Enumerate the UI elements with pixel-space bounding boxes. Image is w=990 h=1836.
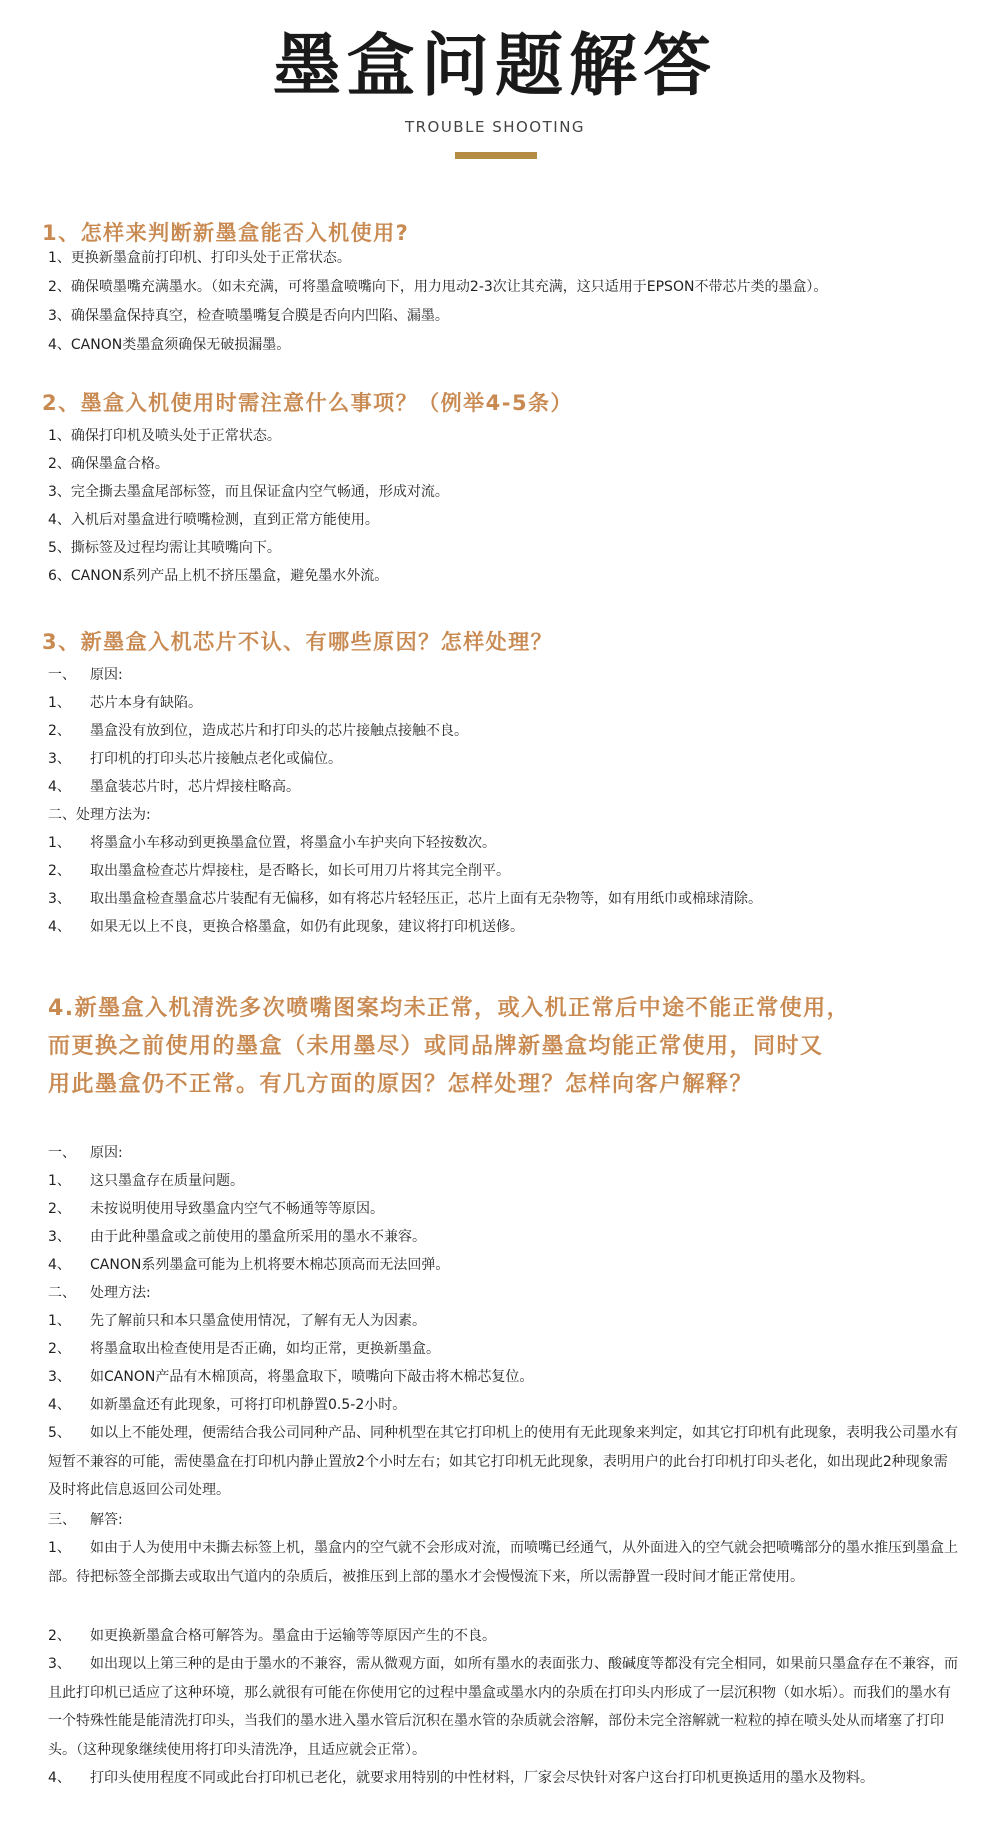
- section-4-item: 4、CANON系列墨盒可能为上机将要木棉芯顶高而无法回弹。: [48, 1255, 449, 1275]
- item-text: 先了解前只和本只墨盒使用情况，了解有无人为因素。: [90, 1313, 426, 1329]
- item-text: 二、处理方法为:: [48, 807, 151, 823]
- item-text: 处理方法:: [90, 1285, 151, 1301]
- section-4-heading: 4.新墨盒入机清洗多次喷嘴图案均未正常，或入机正常后中途不能正常使用， 而更换之…: [48, 990, 948, 1104]
- item-number: 2、: [48, 1199, 90, 1219]
- heading-line: 用此墨盒仍不正常。有几方面的原因？怎样处理？怎样向客户解释？: [48, 1066, 948, 1104]
- item-text: 如出现以上第三种的是由于墨水的不兼容，需从微观方面，如所有墨水的表面张力、酸碱度…: [48, 1656, 958, 1758]
- item-number: 3、: [48, 1367, 90, 1387]
- item-number: 4、: [48, 777, 90, 797]
- item-number: 4、: [48, 1764, 90, 1793]
- section-2-item: 1、确保打印机及喷头处于正常状态。: [48, 426, 281, 446]
- section-1-item: 3、确保墨盒保持真空，检查喷墨嘴复合膜是否向内凹陷、漏墨。: [48, 306, 449, 326]
- section-2-item: 3、完全撕去墨盒尾部标签，而且保证盒内空气畅通，形成对流。: [48, 482, 449, 502]
- section-4-item-paragraph: 3、如出现以上第三种的是由于墨水的不兼容，需从微观方面，如所有墨水的表面张力、酸…: [48, 1650, 958, 1764]
- section-4-subheading: 一、原因:: [48, 1143, 123, 1163]
- section-4-item: 1、先了解前只和本只墨盒使用情况，了解有无人为因素。: [48, 1311, 426, 1331]
- item-text: 未按说明使用导致墨盒内空气不畅通等等原因。: [90, 1201, 384, 1217]
- section-1-item: 2、确保喷墨嘴充满墨水。（如未充满，可将墨盒喷嘴向下，用力甩动2-3次让其充满，…: [48, 277, 827, 297]
- item-number: 2、: [48, 721, 90, 741]
- title-underline-divider: [455, 152, 537, 159]
- item-number: 一、: [48, 665, 90, 685]
- section-3-item: 2、墨盒没有放到位，造成芯片和打印头的芯片接触点接触不良。: [48, 721, 468, 741]
- section-3-item: 1、芯片本身有缺陷。: [48, 693, 202, 713]
- item-text: 将墨盒小车移动到更换墨盒位置，将墨盒小车护夹向下轻按数次。: [90, 835, 496, 851]
- section-3-item: 1、将墨盒小车移动到更换墨盒位置，将墨盒小车护夹向下轻按数次。: [48, 833, 496, 853]
- item-number: 1、: [48, 1311, 90, 1331]
- item-text: 这只墨盒存在质量问题。: [90, 1173, 244, 1189]
- section-3-heading: 3、新墨盒入机芯片不认、有哪些原因？怎样处理？: [42, 626, 553, 656]
- section-1-item: 1、更换新墨盒前打印机、打印头处于正常状态。: [48, 248, 351, 268]
- section-4-item: 3、如CANON产品有木棉顶高，将墨盒取下，喷嘴向下敲击将木棉芯复位。: [48, 1367, 533, 1387]
- section-4-item-paragraph: 4、打印头使用程度不同或此台打印机已老化，就要求用特别的中性材料，厂家会尽快针对…: [48, 1764, 958, 1793]
- item-text: 打印头使用程度不同或此台打印机已老化，就要求用特别的中性材料，厂家会尽快针对客户…: [90, 1770, 874, 1786]
- section-4-item: 2、如更换新墨盒合格可解答为。墨盒由于运输等等原因产生的不良。: [48, 1626, 496, 1646]
- item-text: 如CANON产品有木棉顶高，将墨盒取下，喷嘴向下敲击将木棉芯复位。: [90, 1369, 533, 1385]
- item-number: 一、: [48, 1143, 90, 1163]
- section-1-item: 4、CANON类墨盒须确保无破损漏墨。: [48, 335, 290, 355]
- item-number: 4、: [48, 917, 90, 937]
- item-number: 4、: [48, 1255, 90, 1275]
- item-number: 1、: [48, 1534, 90, 1563]
- section-3-item: 2、取出墨盒检查芯片焊接柱，是否略长，如长可用刀片将其完全削平。: [48, 861, 510, 881]
- section-1-heading: 1、怎样来判断新墨盒能否入机使用?: [42, 217, 409, 247]
- section-3-item: 4、如果无以上不良，更换合格墨盒，如仍有此现象，建议将打印机送修。: [48, 917, 524, 937]
- section-4-subheading: 三、解答:: [48, 1510, 123, 1530]
- item-number: 二、: [48, 1283, 90, 1303]
- item-text: 如新墨盒还有此现象，可将打印机静置0.5-2小时。: [90, 1397, 406, 1413]
- item-text: 由于此种墨盒或之前使用的墨盒所采用的墨水不兼容。: [90, 1229, 426, 1245]
- section-2-item: 6、CANON系列产品上机不挤压墨盒，避免墨水外流。: [48, 566, 388, 586]
- item-number: 1、: [48, 833, 90, 853]
- item-text: 取出墨盒检查芯片焊接柱，是否略长，如长可用刀片将其完全削平。: [90, 863, 510, 879]
- section-4-subheading: 二、处理方法:: [48, 1283, 151, 1303]
- item-number: 1、: [48, 1171, 90, 1191]
- section-3-item: 一、原因:: [48, 665, 123, 685]
- section-4-item: 1、这只墨盒存在质量问题。: [48, 1171, 244, 1191]
- item-text: 打印机的打印头芯片接触点老化或偏位。: [90, 751, 342, 767]
- section-4-item-paragraph: 5、如以上不能处理，便需结合我公司同种产品、同种机型在其它打印机上的使用有无此现…: [48, 1419, 958, 1505]
- item-text: 将墨盒取出检查使用是否正确，如均正常，更换新墨盒。: [90, 1341, 440, 1357]
- item-number: 2、: [48, 1339, 90, 1359]
- section-2-item: 5、撕标签及过程均需让其喷嘴向下。: [48, 538, 281, 558]
- section-3-item: 4、墨盒装芯片时，芯片焊接柱略高。: [48, 777, 300, 797]
- item-text: 解答:: [90, 1512, 123, 1528]
- item-text: 原因:: [90, 667, 123, 683]
- item-number: 三、: [48, 1510, 90, 1530]
- item-text: 如更换新墨盒合格可解答为。墨盒由于运输等等原因产生的不良。: [90, 1628, 496, 1644]
- item-number: 3、: [48, 1650, 90, 1679]
- item-text: 如以上不能处理，便需结合我公司同种产品、同种机型在其它打印机上的使用有无此现象来…: [48, 1425, 958, 1498]
- item-text: 原因:: [90, 1145, 123, 1161]
- item-number: 3、: [48, 889, 90, 909]
- item-text: 墨盒没有放到位，造成芯片和打印头的芯片接触点接触不良。: [90, 723, 468, 739]
- item-text: 墨盒装芯片时，芯片焊接柱略高。: [90, 779, 300, 795]
- section-2-heading: 2、墨盒入机使用时需注意什么事项？（例举4-5条）: [42, 387, 573, 417]
- item-text: CANON系列墨盒可能为上机将要木棉芯顶高而无法回弹。: [90, 1257, 449, 1273]
- section-4-item: 2、未按说明使用导致墨盒内空气不畅通等等原因。: [48, 1199, 384, 1219]
- item-number: 3、: [48, 1227, 90, 1247]
- section-4-item: 3、由于此种墨盒或之前使用的墨盒所采用的墨水不兼容。: [48, 1227, 426, 1247]
- page-title: 墨盒问题解答: [0, 22, 990, 112]
- section-4-item: 2、将墨盒取出检查使用是否正确，如均正常，更换新墨盒。: [48, 1339, 440, 1359]
- section-2-item: 4、入机后对墨盒进行喷嘴检测，直到正常方能使用。: [48, 510, 379, 530]
- section-4-item: 4、如新墨盒还有此现象，可将打印机静置0.5-2小时。: [48, 1395, 406, 1415]
- heading-line: 而更换之前使用的墨盒（未用墨尽）或同品牌新墨盒均能正常使用，同时又: [48, 1028, 948, 1066]
- item-text: 如果无以上不良，更换合格墨盒，如仍有此现象，建议将打印机送修。: [90, 919, 524, 935]
- section-3-item: 3、打印机的打印头芯片接触点老化或偏位。: [48, 749, 342, 769]
- item-text: 如由于人为使用中未撕去标签上机，墨盒内的空气就不会形成对流，而喷嘴已经通气，从外…: [48, 1540, 958, 1585]
- item-number: 2、: [48, 1626, 90, 1646]
- item-number: 2、: [48, 861, 90, 881]
- item-number: 1、: [48, 693, 90, 713]
- item-number: 5、: [48, 1419, 90, 1448]
- item-number: 3、: [48, 749, 90, 769]
- item-text: 芯片本身有缺陷。: [90, 695, 202, 711]
- item-text: 取出墨盒检查墨盒芯片装配有无偏移，如有将芯片轻轻压正，芯片上面有无杂物等，如有用…: [90, 891, 762, 907]
- heading-line: 4.新墨盒入机清洗多次喷嘴图案均未正常，或入机正常后中途不能正常使用，: [48, 990, 948, 1028]
- item-number: 4、: [48, 1395, 90, 1415]
- section-2-item: 2、确保墨盒合格。: [48, 454, 169, 474]
- section-3-item: 3、取出墨盒检查墨盒芯片装配有无偏移，如有将芯片轻轻压正，芯片上面有无杂物等，如…: [48, 889, 762, 909]
- section-3-subheading: 二、处理方法为:: [48, 805, 151, 825]
- section-4-item-paragraph: 1、如由于人为使用中未撕去标签上机，墨盒内的空气就不会形成对流，而喷嘴已经通气，…: [48, 1534, 958, 1591]
- page-subtitle: TROUBLE SHOOTING: [0, 118, 990, 136]
